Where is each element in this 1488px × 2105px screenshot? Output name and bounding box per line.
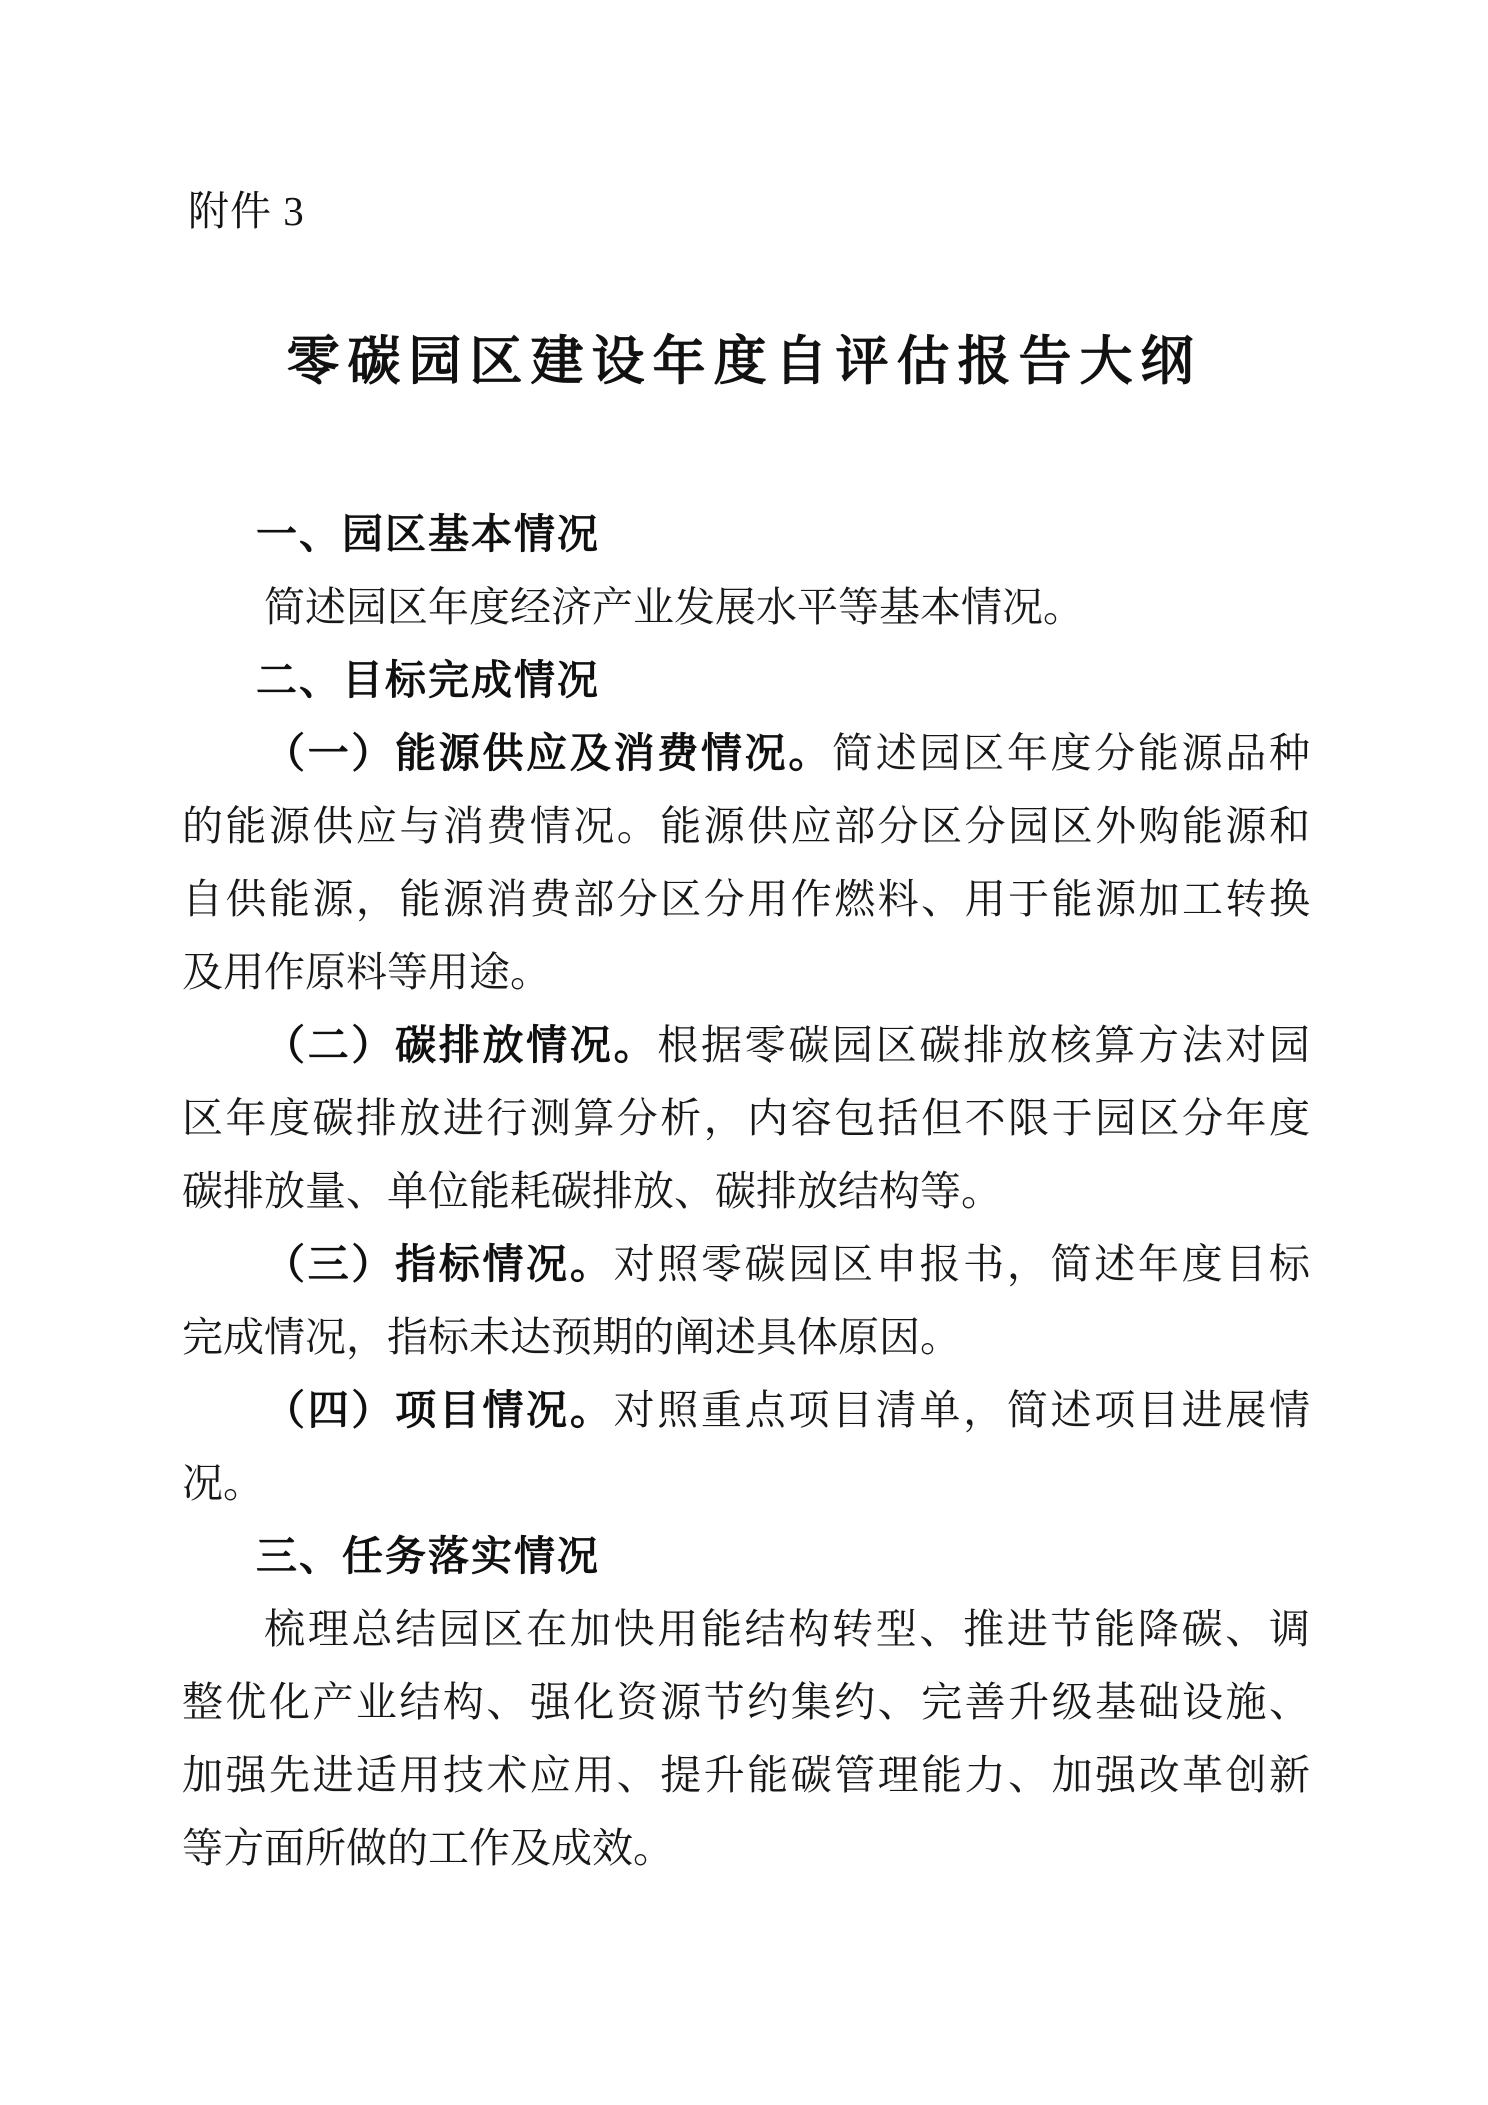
paragraph-line: 完成情况，指标未达预期的阐述具体原因。 <box>182 1301 1310 1374</box>
paragraph-text: 简述园区年度分能源品种 <box>832 730 1310 776</box>
paragraph-lead: （三）指标情况。 <box>264 1241 614 1287</box>
paragraph-line: （三）指标情况。对照零碳园区申报书，简述年度目标 <box>182 1228 1310 1301</box>
document-page: 附件 3 零碳园区建设年度自评估报告大纲 一、园区基本情况 简述园区年度经济产业… <box>0 0 1488 2105</box>
section-heading-3: 三、任务落实情况 <box>182 1520 1310 1593</box>
paragraph-line: 简述园区年度经济产业发展水平等基本情况。 <box>182 571 1310 644</box>
paragraph-text: 对照重点项目清单，简述项目进展情 <box>614 1387 1310 1433</box>
paragraph-line: 碳排放量、单位能耗碳排放、碳排放结构等。 <box>182 1155 1310 1228</box>
paragraph-lead: （二）碳排放情况。 <box>264 1022 657 1068</box>
paragraph-line: （四）项目情况。对照重点项目清单，简述项目进展情 <box>182 1374 1310 1447</box>
paragraph-line: 加强先进适用技术应用、提升能碳管理能力、加强改革创新 <box>182 1739 1310 1812</box>
document-body: 一、园区基本情况 简述园区年度经济产业发展水平等基本情况。 二、目标完成情况 （… <box>182 498 1310 1885</box>
section-heading-1: 一、园区基本情况 <box>182 498 1310 571</box>
paragraph-line: 及用作原料等用途。 <box>182 936 1310 1009</box>
paragraph-line: （一）能源供应及消费情况。简述园区年度分能源品种 <box>182 717 1310 790</box>
paragraph-line: 等方面所做的工作及成效。 <box>182 1812 1310 1885</box>
paragraph-line: （二）碳排放情况。根据零碳园区碳排放核算方法对园 <box>182 1009 1310 1082</box>
paragraph-line: 区年度碳排放进行测算分析，内容包括但不限于园区分年度 <box>182 1082 1310 1155</box>
paragraph-line: 的能源供应与消费情况。能源供应部分区分园区外购能源和 <box>182 790 1310 863</box>
paragraph-text: 根据零碳园区碳排放核算方法对园 <box>657 1022 1310 1068</box>
paragraph-line: 梳理总结园区在加快用能结构转型、推进节能降碳、调 <box>182 1593 1310 1666</box>
attachment-label: 附件 3 <box>188 186 305 236</box>
paragraph-text: 对照零碳园区申报书，简述年度目标 <box>614 1241 1310 1287</box>
paragraph-lead: （一）能源供应及消费情况。 <box>264 730 832 776</box>
paragraph-line: 况。 <box>182 1447 1310 1520</box>
paragraph-line: 整优化产业结构、强化资源节约集约、完善升级基础设施、 <box>182 1666 1310 1739</box>
section-heading-2: 二、目标完成情况 <box>182 644 1310 717</box>
document-title: 零碳园区建设年度自评估报告大纲 <box>0 330 1488 394</box>
paragraph-lead: （四）项目情况。 <box>264 1387 614 1433</box>
paragraph-line: 自供能源，能源消费部分区分用作燃料、用于能源加工转换 <box>182 863 1310 936</box>
